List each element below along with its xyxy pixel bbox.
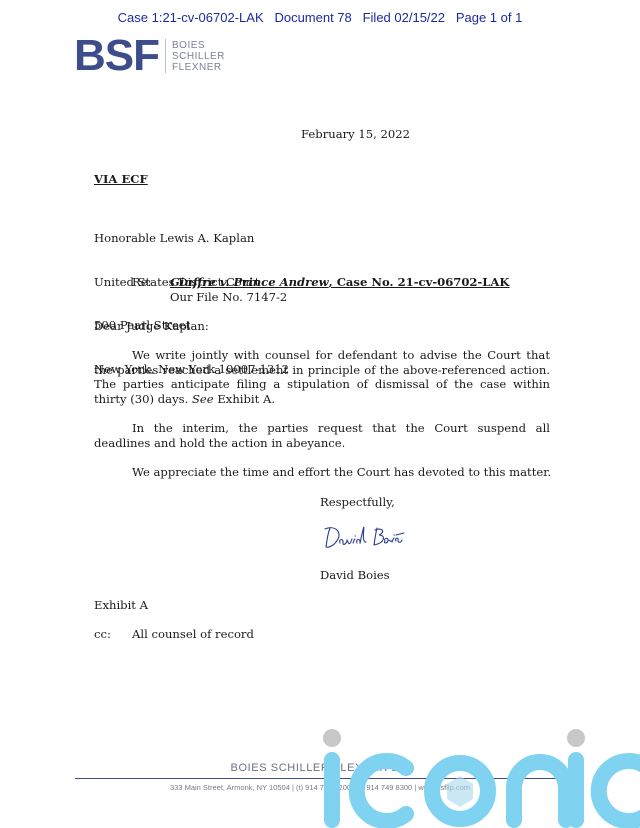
footer-firm-name: BOIES SCHILLER FLEXNER LLP (0, 762, 640, 774)
see-signal: See (192, 392, 214, 406)
firm-suffix: LLP (392, 763, 410, 773)
court-filing-stamp: Case 1:21-cv-06702-LAK Document 78 Filed… (0, 10, 640, 25)
re-label: Re: (132, 275, 152, 290)
footer-divider (75, 778, 562, 779)
logo-word: SCHILLER (172, 51, 225, 62)
signer-name: David Boies (320, 568, 390, 583)
closing: Respectfully, (320, 495, 395, 510)
signature (322, 523, 406, 557)
enclosure: Exhibit A (94, 598, 148, 613)
logo-words: BOIES SCHILLER FLEXNER (172, 40, 225, 73)
firm-logo: BSF BOIES SCHILLER FLEXNER (74, 36, 225, 76)
body-paragraph-1: We write jointly with counsel for defend… (94, 348, 550, 406)
cc-label: cc: (94, 627, 111, 642)
logo-divider (165, 39, 166, 73)
address-line: Honorable Lewis A. Kaplan (94, 231, 289, 246)
logo-mark: BSF (74, 36, 159, 76)
body-paragraph-3: We appreciate the time and effort the Co… (132, 465, 588, 480)
salutation: Dear Judge Kaplan: (94, 319, 209, 334)
delivery-method: VIA ECF (94, 172, 148, 187)
case-number: , Case No. 21-cv-06702-LAK (329, 275, 510, 289)
exhibit-reference: Exhibit A. (217, 392, 275, 406)
file-number: Our File No. 7147-2 (170, 290, 287, 305)
paragraph-text: We write jointly with counsel for defend… (94, 348, 550, 406)
signature-icon (322, 523, 406, 553)
body-paragraph-2: In the interim, the parties request that… (94, 421, 550, 450)
re-case-title: Giuffre v. Prince Andrew, Case No. 21-cv… (170, 275, 510, 290)
logo-word: FLEXNER (172, 62, 225, 73)
logo-word: BOIES (172, 40, 225, 51)
firm-name: BOIES SCHILLER FLEXNER (231, 762, 388, 774)
footer-address: 333 Main Street, Armonk, NY 10504 | (t) … (0, 783, 640, 792)
letter-date: February 15, 2022 (301, 127, 410, 142)
case-name: Giuffre v. Prince Andrew (170, 275, 329, 289)
cc-recipients: All counsel of record (132, 627, 254, 642)
